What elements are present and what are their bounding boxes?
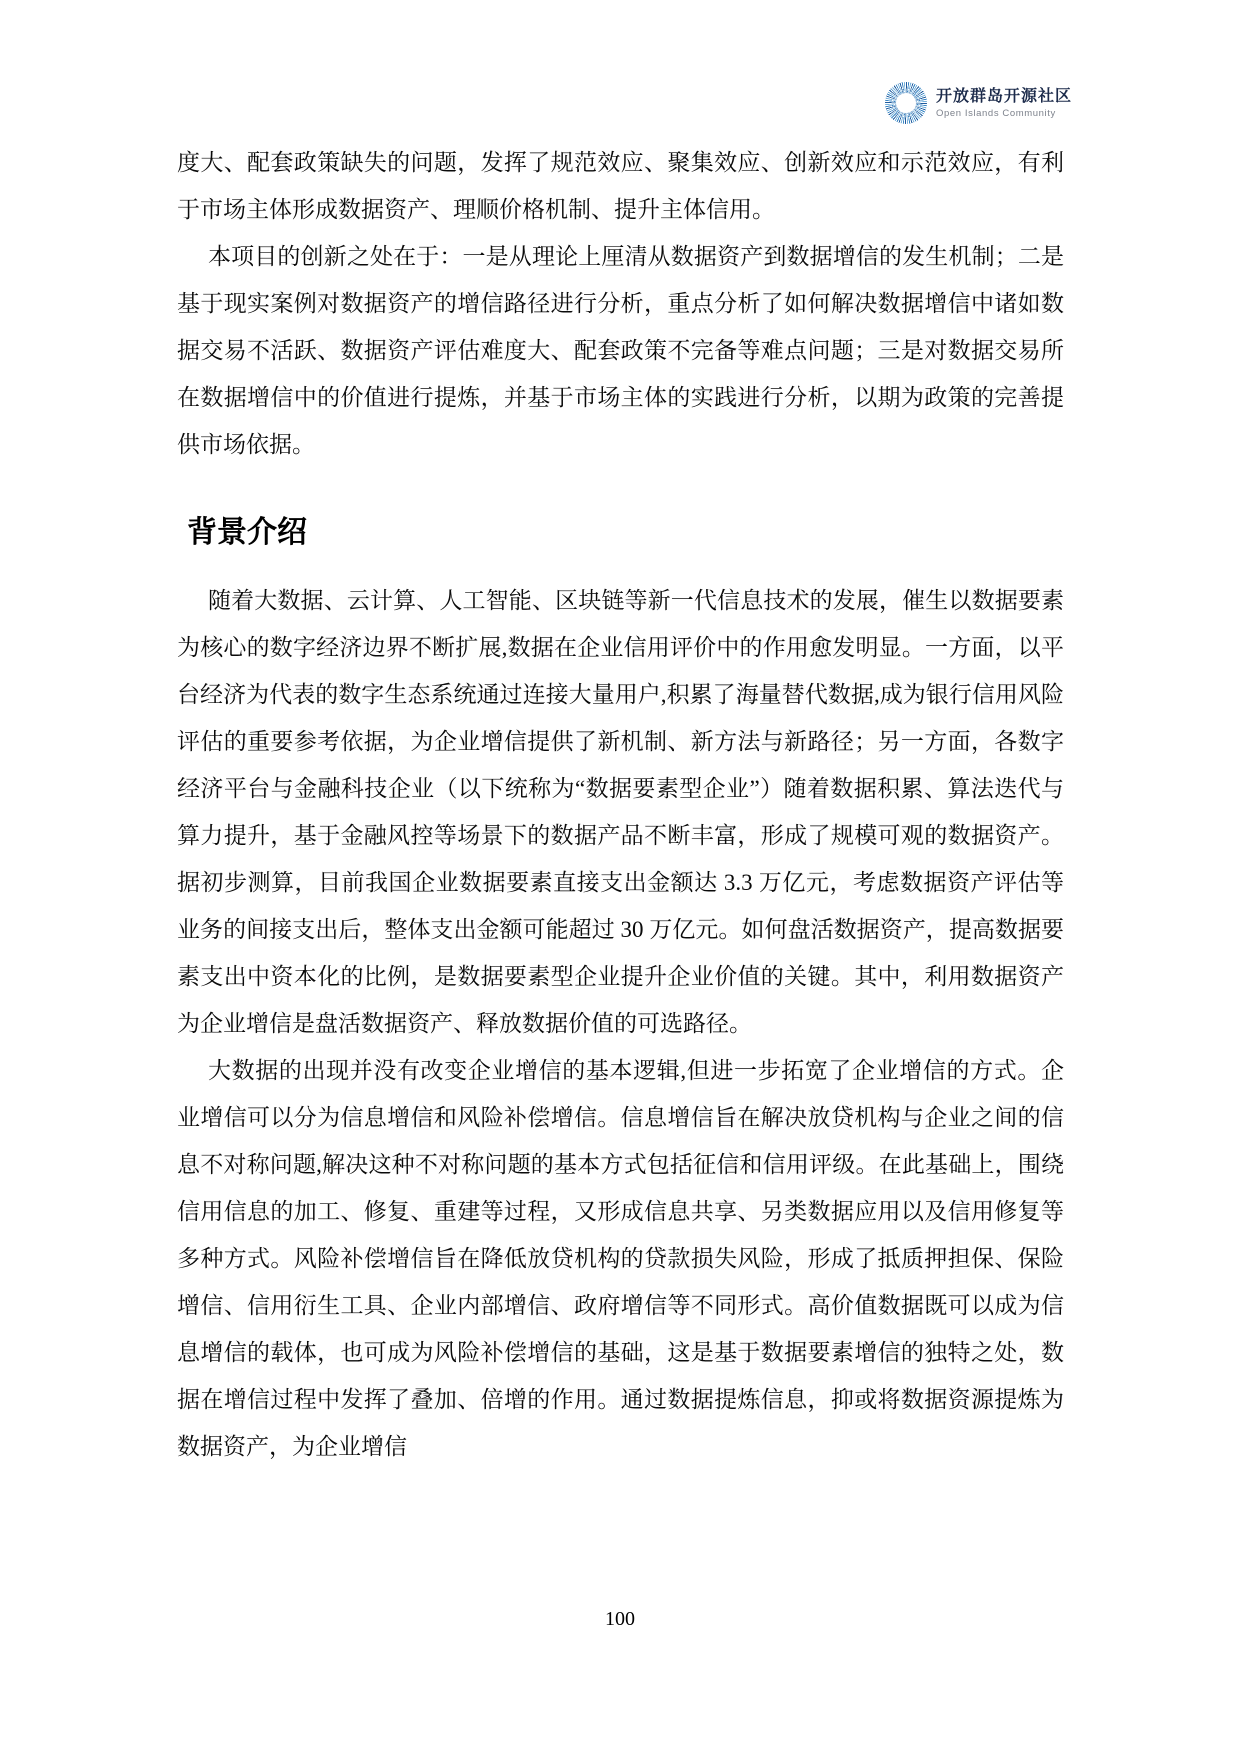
page-footer: 100 xyxy=(0,1608,1240,1631)
logo-sunburst-icon xyxy=(885,82,927,124)
paragraph-continued: 度大、配套政策缺失的问题，发挥了规范效应、聚集效应、创新效应和示范效应，有利于市… xyxy=(177,139,1064,233)
paragraph-innovation: 本项目的创新之处在于：一是从理论上厘清从数据资产到数据增信的发生机制；二是基于现… xyxy=(177,233,1064,468)
logo-subtitle-en: Open Islands Community xyxy=(936,108,1072,119)
document-body: 度大、配套政策缺失的问题，发挥了规范效应、聚集效应、创新效应和示范效应，有利于市… xyxy=(177,139,1064,1470)
logo-title-zh: 开放群岛开源社区 xyxy=(936,88,1072,106)
paragraph-background-2: 大数据的出现并没有改变企业增信的基本逻辑,但进一步拓宽了企业增信的方式。企业增信… xyxy=(177,1047,1064,1470)
logo-text: 开放群岛开源社区 Open Islands Community xyxy=(936,88,1072,119)
section-heading-background: 背景介绍 xyxy=(187,513,1064,553)
paragraph-background-1: 随着大数据、云计算、人工智能、区块链等新一代信息技术的发展，催生以数据要素为核心… xyxy=(177,577,1064,1047)
page-number: 100 xyxy=(605,1608,635,1630)
document-page: 开放群岛开源社区 Open Islands Community 度大、配套政策缺… xyxy=(0,0,1240,1753)
logo: 开放群岛开源社区 Open Islands Community xyxy=(885,82,1072,124)
